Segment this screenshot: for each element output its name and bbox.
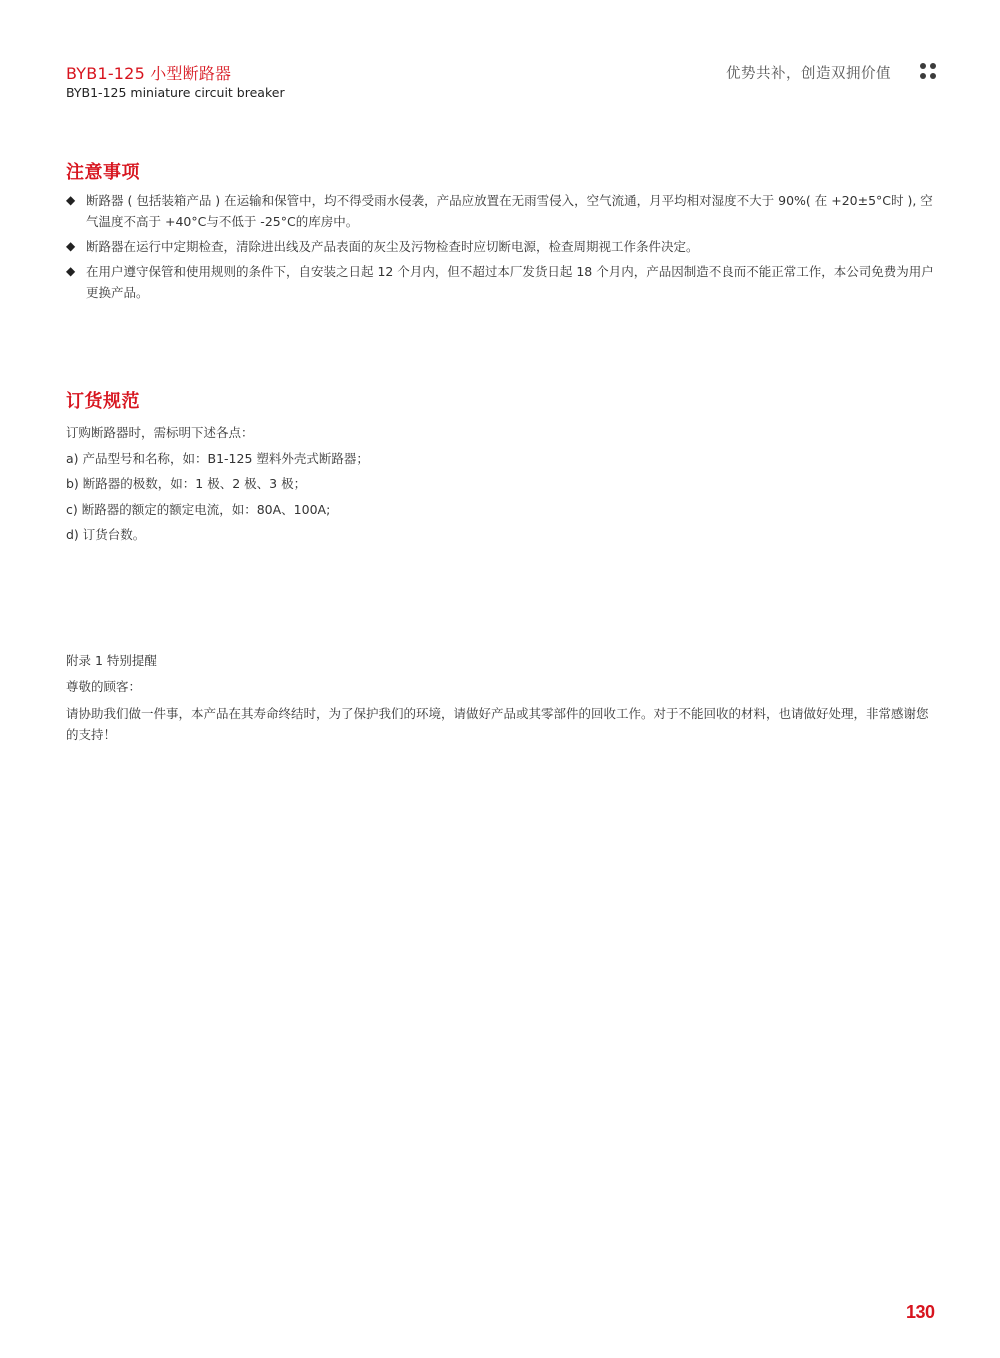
notice-text: 断路器 ( 包括装箱产品 ) 在运输和保管中，均不得受雨水侵袭，产品应放置在无雨… [86,190,938,232]
four-dots-icon [920,63,936,79]
company-slogan: 优势共补，创造双拥价值 [726,62,891,83]
diamond-bullet-icon: ◆ [66,190,75,211]
ordering-item: c) 断路器的额定的额定电流，如：80A、100A; [66,501,938,518]
product-title-en: BYB1-125 miniature circuit breaker [66,85,285,100]
notice-text: 在用户遵守保管和使用规则的条件下，自安装之日起 12 个月内，但不超过本厂发货日… [86,261,938,303]
product-title-cn: BYB1-125 小型断路器 [66,61,231,84]
notice-section-title: 注意事项 [66,158,140,184]
appendix-paragraph: 请协助我们做一件事，本产品在其寿命终结时，为了保护我们的环境，请做好产品或其零部… [66,703,938,745]
ordering-intro: 订购断路器时，需标明下述各点： [66,424,938,441]
ordering-section-title: 订货规范 [66,387,140,413]
diamond-bullet-icon: ◆ [66,236,75,257]
notice-text: 断路器在运行中定期检查，清除进出线及产品表面的灰尘及污物检查时应切断电源，检查周… [86,236,938,257]
dot [920,63,926,69]
dot [930,73,936,79]
appendix-section: 附录 1 特别提醒 尊敬的顾客： 请协助我们做一件事，本产品在其寿命终结时，为了… [66,652,938,745]
ordering-item: a) 产品型号和名称，如：B1-125 塑料外壳式断路器； [66,450,938,467]
ordering-item: d) 订货台数。 [66,526,938,543]
notice-item: ◆ 断路器在运行中定期检查，清除进出线及产品表面的灰尘及污物检查时应切断电源，检… [66,236,938,257]
ordering-list: 订购断路器时，需标明下述各点： a) 产品型号和名称，如：B1-125 塑料外壳… [66,424,938,552]
diamond-bullet-icon: ◆ [66,261,75,282]
dot [920,73,926,79]
ordering-item: b) 断路器的极数，如：1 极、2 极、3 极； [66,475,938,492]
dot [930,63,936,69]
notice-item: ◆ 断路器 ( 包括装箱产品 ) 在运输和保管中，均不得受雨水侵袭，产品应放置在… [66,190,938,232]
page-number: 130 [906,1302,935,1323]
notice-item: ◆ 在用户遵守保管和使用规则的条件下，自安装之日起 12 个月内，但不超过本厂发… [66,261,938,303]
appendix-greeting: 尊敬的顾客： [66,678,938,695]
notice-list: ◆ 断路器 ( 包括装箱产品 ) 在运输和保管中，均不得受雨水侵袭，产品应放置在… [66,190,938,307]
appendix-heading: 附录 1 特别提醒 [66,652,938,669]
